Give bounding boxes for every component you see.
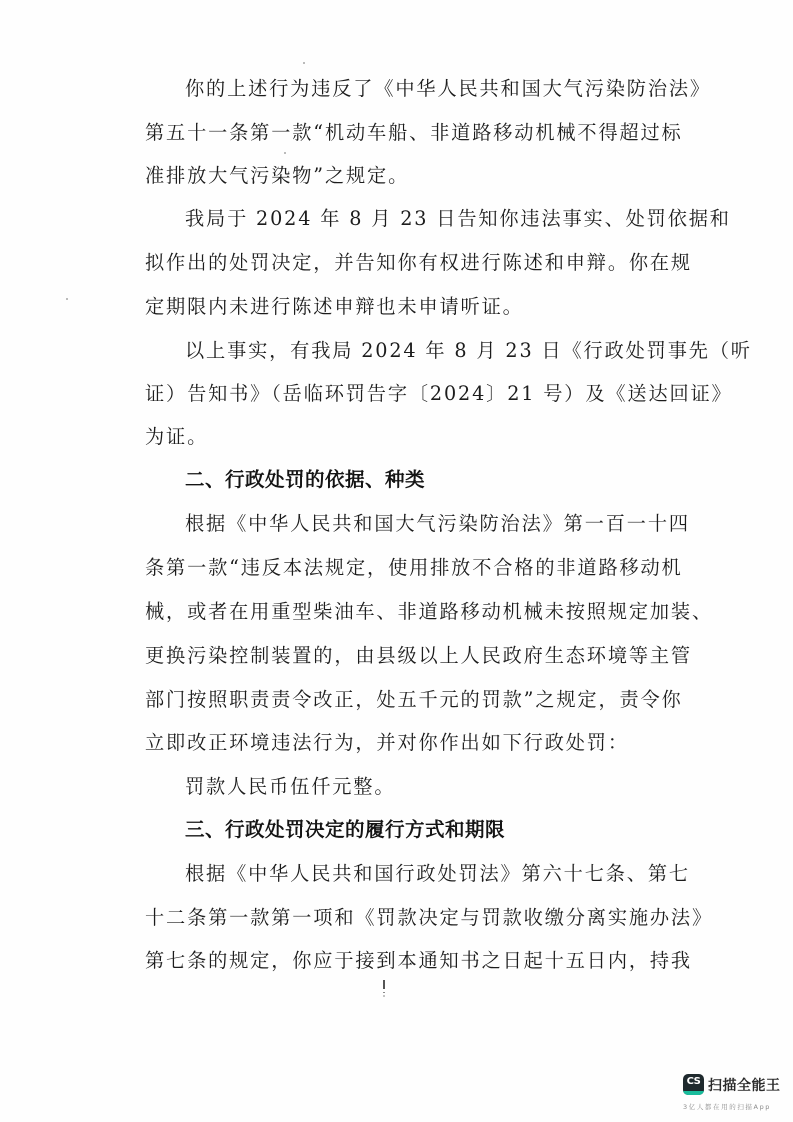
scan-artifact-dot (66, 298, 68, 300)
paragraph-line: 以上事实，有我局 2024 年 8 月 23 日《行政处罚事先（听 (185, 338, 752, 364)
paragraph-line: 部门按照职责责令改正，处五千元的罚款”之规定，责令你 (145, 687, 683, 713)
paragraph-line: 根据《中华人民共和国行政处罚法》第六十七条、第七 (185, 861, 690, 887)
scan-artifact-mark (383, 980, 385, 1002)
scan-artifact-dot (303, 62, 305, 64)
paragraph-line: 根据《中华人民共和国大气污染防治法》第一百一十四 (185, 511, 690, 537)
paragraph-line: 条第一款“违反本法规定，使用排放不合格的非道路移动机 (145, 555, 683, 581)
paragraph-line: 准排放大气污染物”之规定。 (145, 163, 409, 189)
document-page: 你的上述行为违反了《中华人民共和国大气污染防治法》 第五十一条第一款“机动车船、… (0, 0, 793, 1122)
paragraph-line: 更换污染控制装置的，由县级以上人民政府生态环境等主管 (145, 643, 692, 669)
section-heading-3: 三、行政处罚决定的履行方式和期限 (185, 817, 505, 843)
paragraph-line: 立即改正环境违法行为，并对你作出如下行政处罚： (145, 730, 629, 756)
paragraph-line: 十二条第一款第一项和《罚款决定与罚款收缴分离实施办法》 (145, 905, 713, 931)
logo-accent-bar (683, 1091, 704, 1095)
scan-artifact-dot (284, 152, 286, 154)
paragraph-line: 你的上述行为违反了《中华人民共和国大气污染防治法》 (185, 76, 711, 102)
paragraph-line: 定期限内未进行陈述申辩也未申请听证。 (145, 294, 524, 320)
paragraph-line: 械，或者在用重型柴油车、非道路移动机械未按照规定加装、 (145, 599, 713, 625)
watermark-brand: 扫描全能王 (708, 1075, 781, 1095)
watermark-tagline: 3亿人都在用的扫描App (683, 1102, 771, 1111)
paragraph-line: 第七条的规定，你应于接到本通知书之日起十五日内，持我 (145, 948, 692, 974)
paragraph-line: 拟作出的处罚决定，并告知你有权进行陈述和申辩。你在规 (145, 250, 692, 276)
scanner-watermark: CS 扫描全能王 3亿人都在用的扫描App (683, 1074, 788, 1114)
paragraph-line: 第五十一条第一款“机动车船、非道路移动机械不得超过标 (145, 120, 683, 146)
paragraph-line: 为证。 (145, 424, 208, 450)
penalty-line: 罚款人民币伍仟元整。 (185, 774, 395, 800)
camscanner-logo-icon: CS (683, 1074, 704, 1095)
paragraph-line: 我局于 2024 年 8 月 23 日告知你违法事实、处罚依据和 (185, 206, 731, 232)
logo-text: CS (683, 1076, 704, 1087)
section-heading-2: 二、行政处罚的依据、种类 (185, 467, 425, 493)
paragraph-line: 证）告知书》（岳临环罚告字〔2024〕21 号）及《送达回证》 (145, 381, 733, 407)
